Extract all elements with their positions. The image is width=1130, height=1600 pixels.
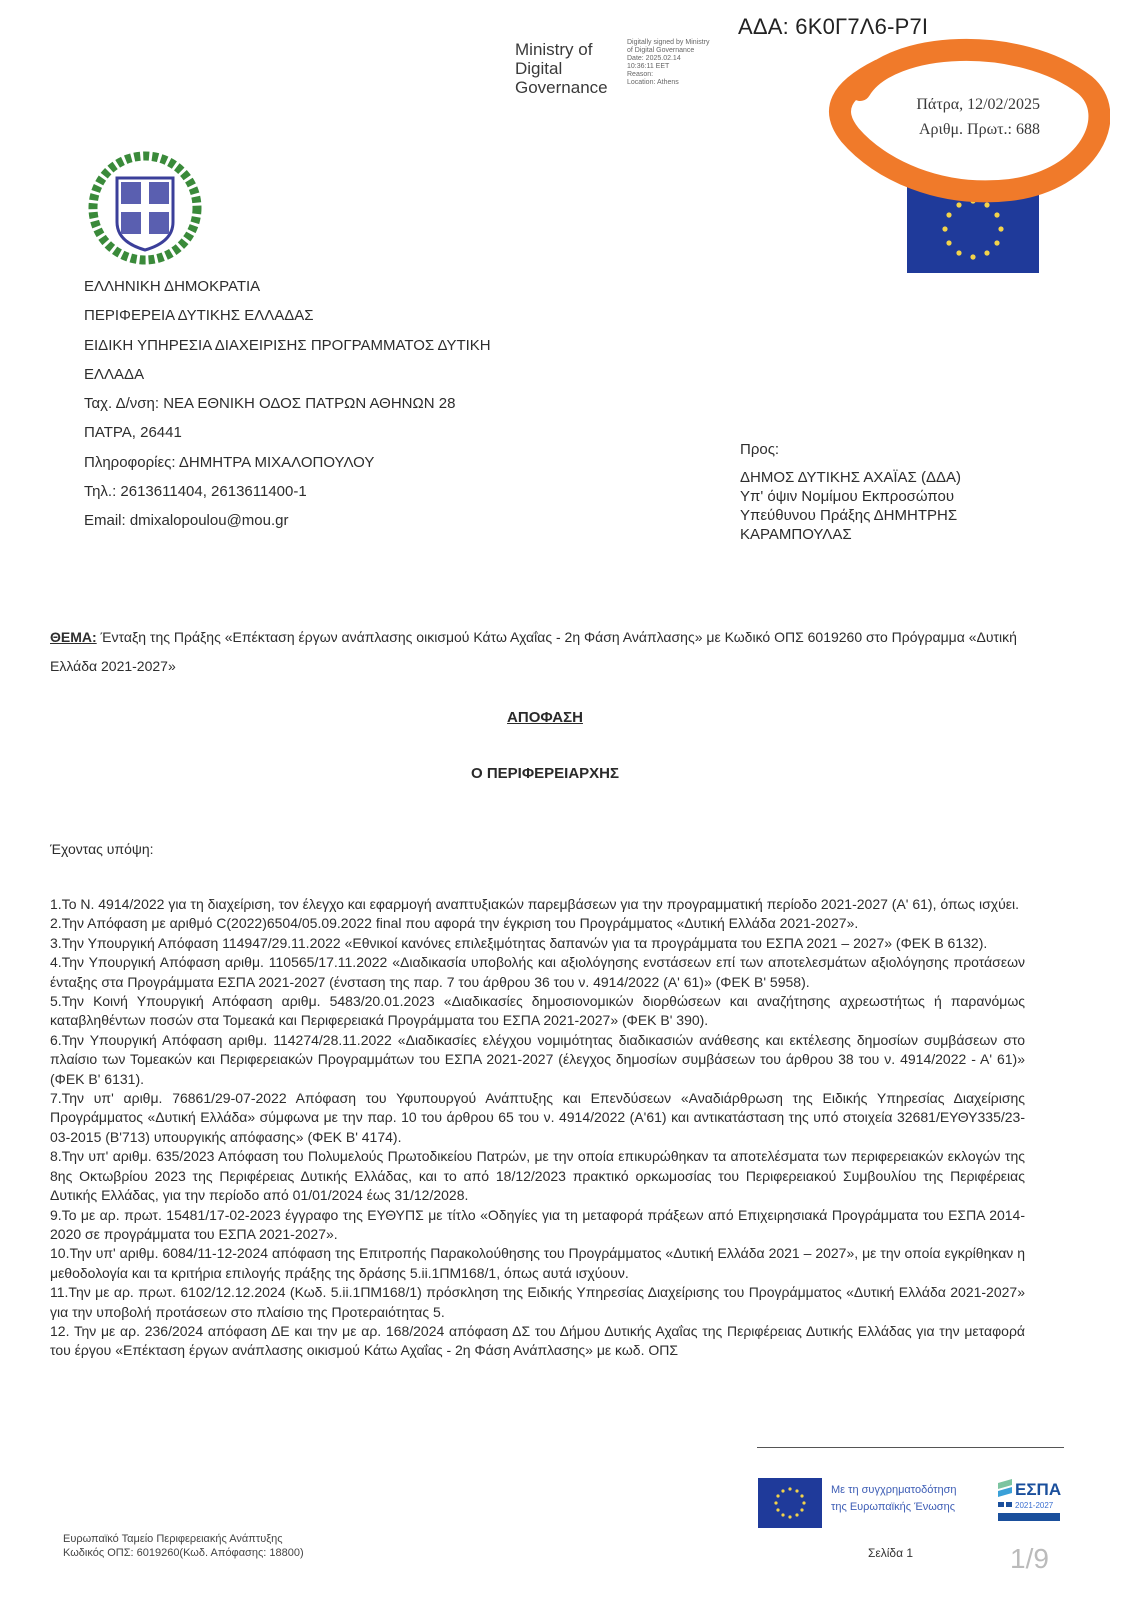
- signature-line: of Digital Governance: [627, 47, 709, 55]
- list-item: 6.Την Υπουργική Απόφαση αριθμ. 114274/28…: [50, 1031, 1025, 1089]
- list-item: 4.Την Υπουργική Απόφαση αριθμ. 110565/17…: [50, 953, 1025, 992]
- fund-info: Ευρωπαϊκό Ταμείο Περιφερειακής Ανάπτυξης…: [63, 1532, 304, 1560]
- eu-flag-footer-icon: [758, 1478, 822, 1528]
- list-item: 1.Το Ν. 4914/2022 για τη διαχείριση, τον…: [50, 895, 1025, 914]
- sender-line: Πληροφορίες: ΔΗΜΗΤΡΑ ΜΙΧΑΛΟΠΟΥΛΟΥ: [84, 448, 491, 477]
- espa-logo-icon: ΕΣΠΑ 2021-2027: [996, 1475, 1064, 1530]
- sender-line: Τηλ.: 2613611404, 2613611400-1: [84, 477, 491, 506]
- page-label: Σελίδα 1: [868, 1546, 913, 1560]
- sender-line: ΕΙΔΙΚΗ ΥΠΗΡΕΣΙΑ ΔΙΑΧΕΙΡΙΣΗΣ ΠΡΟΓΡΑΜΜΑΤΟΣ…: [84, 331, 491, 360]
- recipient-line: Υπεύθυνου Πράξης ΔΗΜΗΤΡΗΣ: [740, 506, 961, 525]
- recipient-line: ΔΗΜΟΣ ΔΥΤΙΚΗΣ ΑΧΑΪΑΣ (ΔΔΑ): [740, 468, 961, 487]
- list-item: 8.Την υπ' αριθμ. 635/2023 Απόφαση του Πο…: [50, 1147, 1025, 1205]
- list-item: 12. Την με αρ. 236/2024 απόφαση ΔΕ και τ…: [50, 1322, 1025, 1361]
- cofund-line: Με τη συγχρηματοδότηση: [831, 1482, 957, 1499]
- place-date: Πάτρα, 12/02/2025: [880, 92, 1040, 117]
- list-item: 9.Το με αρ. πρωτ. 15481/17-02-2023 έγγρα…: [50, 1206, 1025, 1245]
- cofunding-text: Με τη συγχρηματοδότηση της Ευρωπαϊκής Έν…: [831, 1482, 957, 1516]
- fund-line: Ευρωπαϊκό Ταμείο Περιφερειακής Ανάπτυξης: [63, 1532, 304, 1546]
- ops-code-line: Κωδικός ΟΠΣ: 6019260(Κωδ. Απόφασης: 1880…: [63, 1546, 304, 1560]
- considering-heading: Έχοντας υπόψη:: [50, 841, 154, 857]
- list-item: 10.Την υπ' αριθμ. 6084/11-12-2024 απόφασ…: [50, 1244, 1025, 1283]
- ministry-line: Governance: [515, 78, 608, 97]
- subject-label: ΘΕΜΑ:: [50, 629, 97, 645]
- signature-line: Location: Athens: [627, 79, 709, 87]
- cofund-line: της Ευρωπαϊκής Ένωσης: [831, 1499, 957, 1516]
- ministry-line: Digital: [515, 59, 608, 78]
- date-protocol-block: Πάτρα, 12/02/2025 Αριθμ. Πρωτ.: 688: [880, 92, 1040, 142]
- governor-title: Ο ΠΕΡΙΦΕΡΕΙΑΡΧΗΣ: [0, 765, 1090, 782]
- footer-divider: [757, 1447, 1064, 1448]
- recipient-line: ΚΑΡΑΜΠΟΥΛΑΣ: [740, 525, 961, 544]
- svg-text:ΕΣΠΑ: ΕΣΠΑ: [1015, 1480, 1061, 1499]
- subject-line: ΘΕΜΑ: Ένταξη της Πράξης «Επέκταση έργων …: [50, 623, 1040, 681]
- list-item: 7.Την υπ' αριθμ. 76861/29-07-2022 Απόφασ…: [50, 1089, 1025, 1147]
- sender-line: ΕΛΛΗΝΙΚΗ ΔΗΜΟΚΡΑΤΙΑ: [84, 272, 491, 301]
- recipient-label: Προς:: [740, 440, 961, 459]
- subject-text: Ένταξη της Πράξης «Επέκταση έργων ανάπλα…: [50, 629, 1017, 674]
- considerations-list: 1.Το Ν. 4914/2022 για τη διαχείριση, τον…: [50, 895, 1025, 1361]
- recipient-block: Προς: ΔΗΜΟΣ ΔΥΤΙΚΗΣ ΑΧΑΪΑΣ (ΔΔΑ) Υπ' όψι…: [740, 440, 961, 544]
- svg-text:2021-2027: 2021-2027: [1015, 1501, 1054, 1510]
- list-item: 3.Την Υπουργική Απόφαση 114947/29.11.202…: [50, 934, 1025, 953]
- sender-line: Ταχ. Δ/νση: ΝΕΑ ΕΘΝΙΚΗ ΟΔΟΣ ΠΑΤΡΩΝ ΑΘΗΝΩ…: [84, 389, 491, 418]
- recipient-line: Υπ' όψιν Νομίμου Εκπροσώπου: [740, 487, 961, 506]
- list-item: 2.Την Απόφαση με αριθμό C(2022)6504/05.0…: [50, 914, 1025, 933]
- page-counter: 1/9: [1010, 1543, 1049, 1575]
- greek-coat-of-arms-icon: [85, 150, 205, 265]
- ministry-line: Ministry of: [515, 40, 608, 59]
- sender-line: ΠΕΡΙΦΕΡΕΙΑ ΔΥΤΙΚΗΣ ΕΛΛΑΔΑΣ: [84, 301, 491, 330]
- sender-email: Email: dmixalopoulou@mou.gr: [84, 506, 491, 535]
- sender-line: ΠΑΤΡΑ, 26441: [84, 418, 491, 447]
- list-item: 5.Την Κοινή Υπουργική Απόφαση αριθμ. 548…: [50, 992, 1025, 1031]
- digital-signature-details: Digitally signed by Ministry of Digital …: [627, 39, 709, 87]
- sender-block: ΕΛΛΗΝΙΚΗ ΔΗΜΟΚΡΑΤΙΑ ΠΕΡΙΦΕΡΕΙΑ ΔΥΤΙΚΗΣ Ε…: [84, 272, 491, 536]
- signature-line: Digitally signed by Ministry: [627, 39, 709, 47]
- signature-line: Date: 2025.02.14: [627, 55, 709, 63]
- decision-title: ΑΠΟΦΑΣΗ: [0, 709, 1090, 726]
- signature-line: 10:36:11 EET: [627, 63, 709, 71]
- protocol-number: Αριθμ. Πρωτ.: 688: [880, 117, 1040, 142]
- list-item: 11.Την με αρ. πρωτ. 6102/12.12.2024 (Κωδ…: [50, 1283, 1025, 1322]
- ministry-signature-name: Ministry of Digital Governance: [515, 40, 608, 97]
- signature-line: Reason:: [627, 71, 709, 79]
- sender-line: ΕΛΛΑΔΑ: [84, 360, 491, 389]
